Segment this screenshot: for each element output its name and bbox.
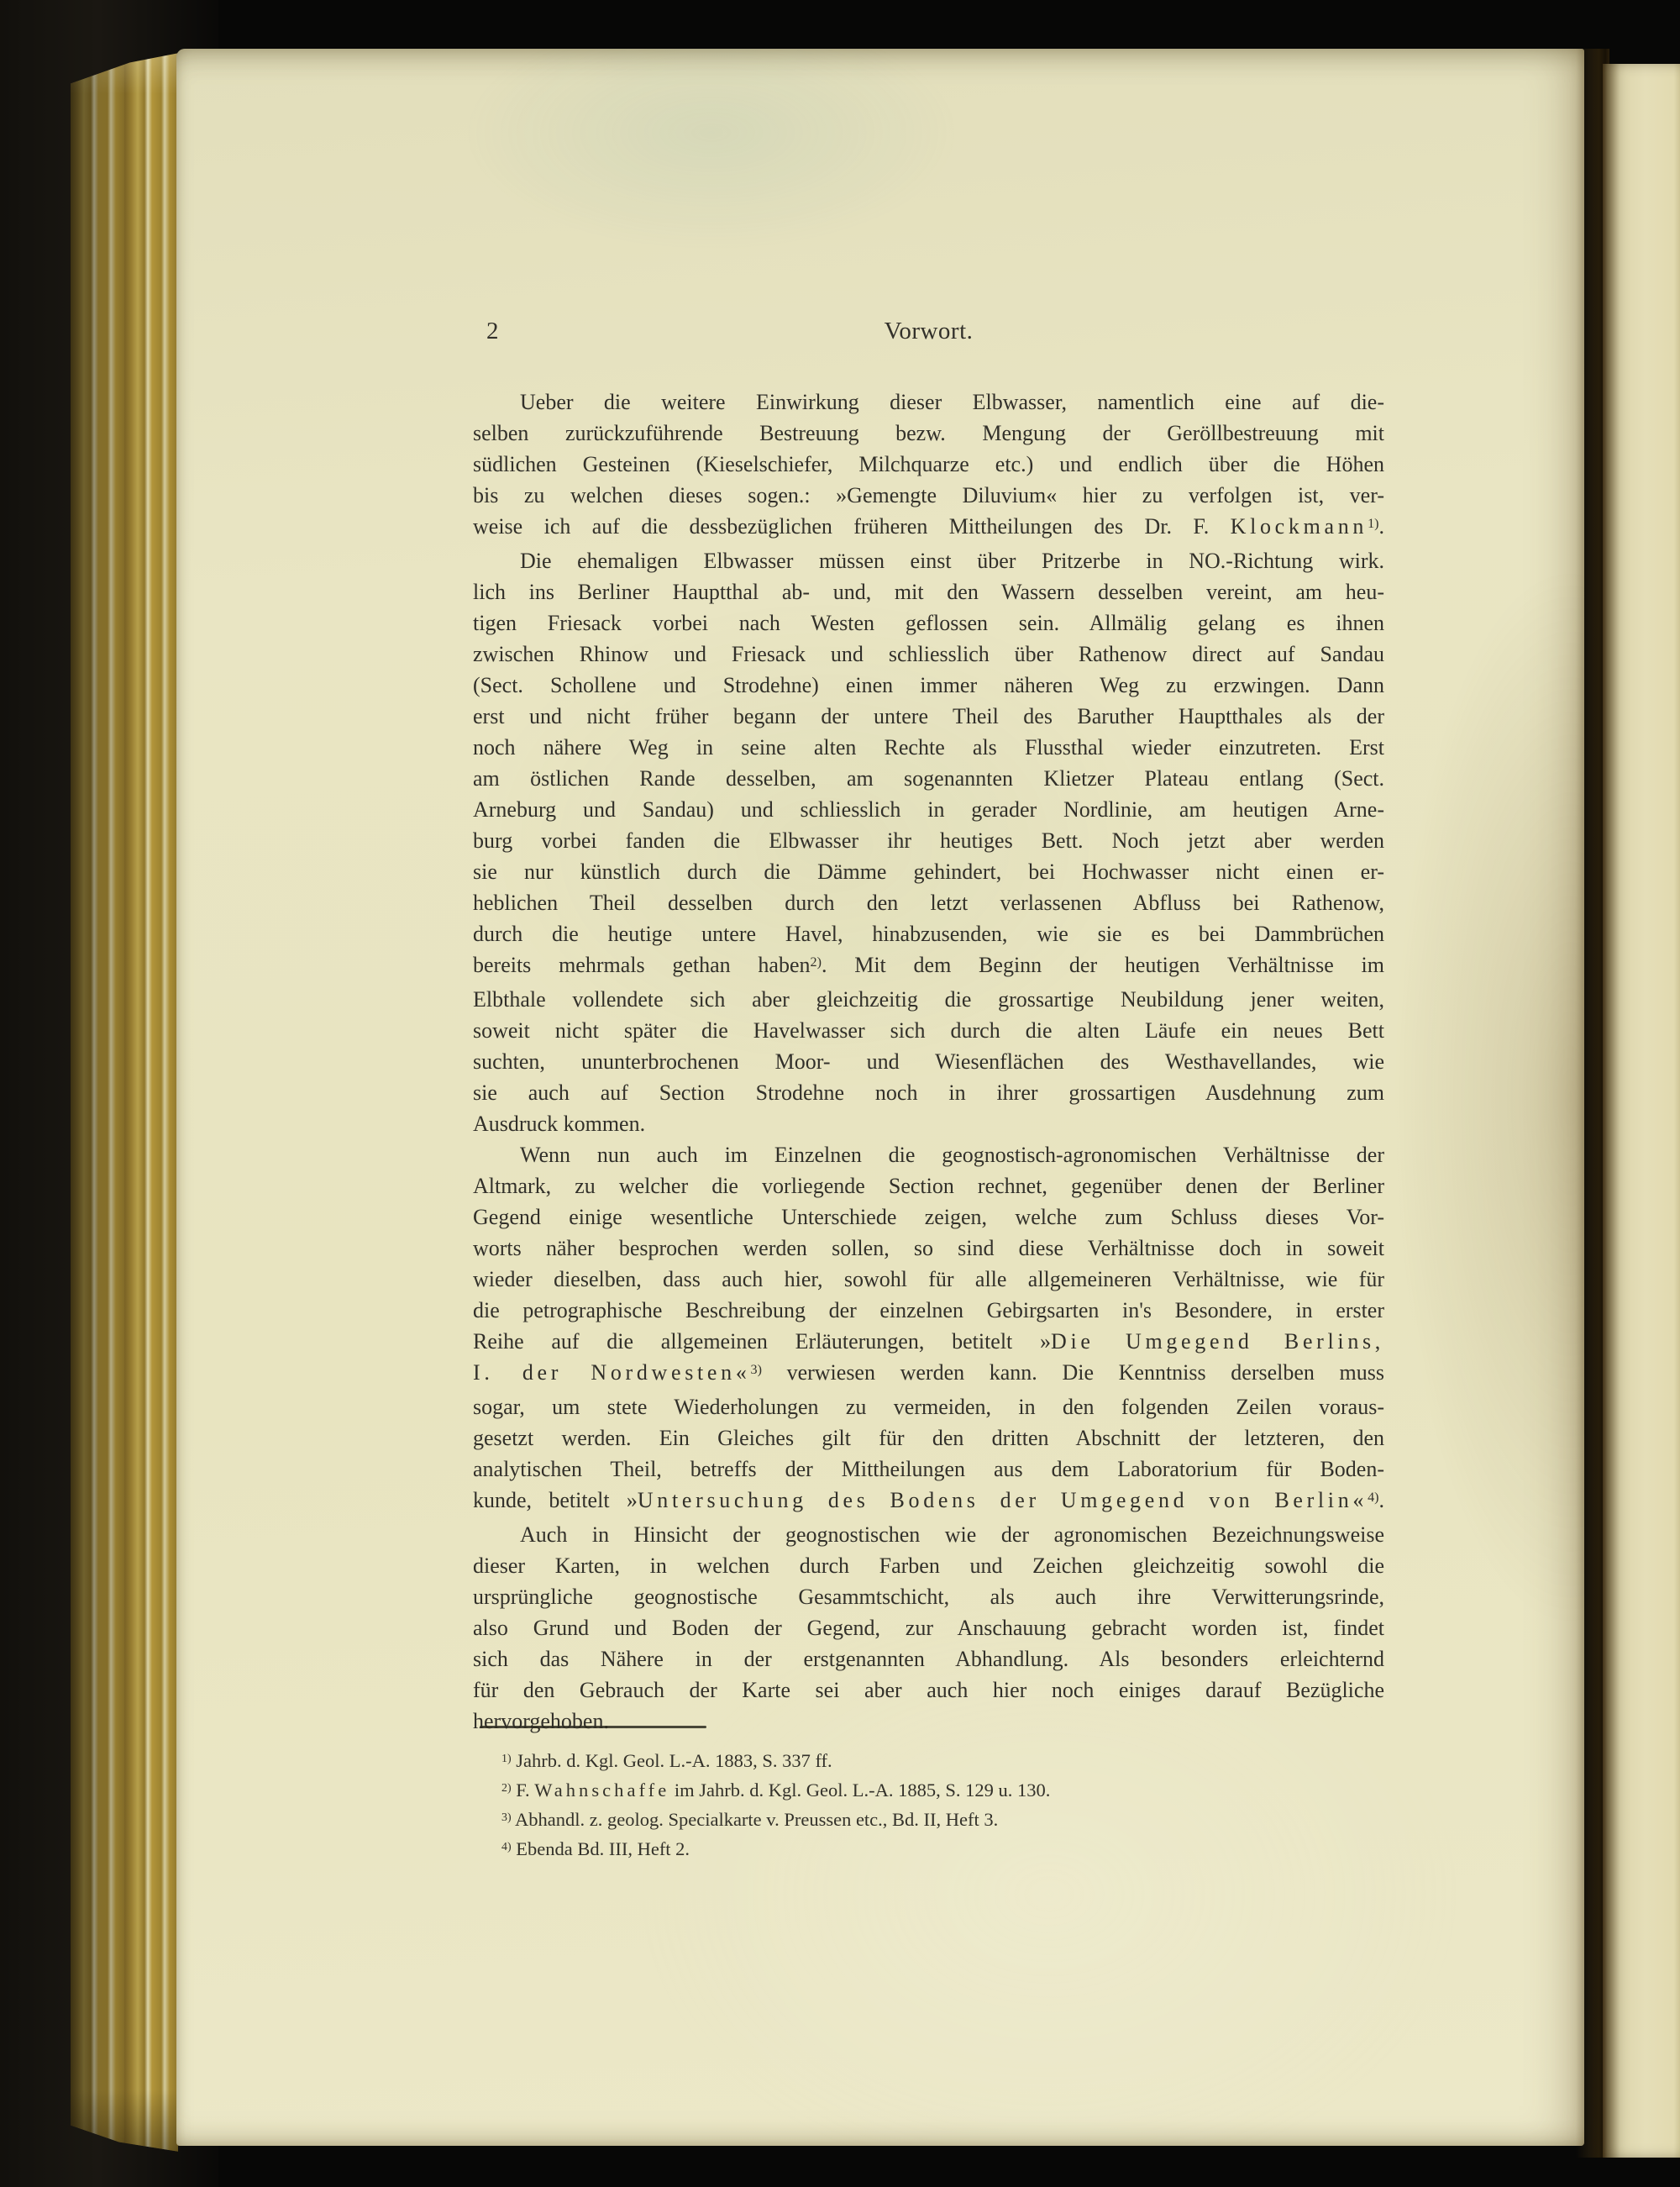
footnote-marker: 2) bbox=[501, 1782, 512, 1795]
footnote-marker: 2) bbox=[811, 955, 822, 970]
footnote-marker: 4) bbox=[1368, 1490, 1378, 1505]
text-line: sie auch auf Section Strodehne noch in i… bbox=[473, 1077, 1384, 1108]
text-line: weise ich auf die dessbezüglichen früher… bbox=[473, 511, 1384, 545]
text-line: am östlichen Rande desselben, am sogenan… bbox=[473, 763, 1384, 794]
text-line: heblichen Theil desselben durch den letz… bbox=[473, 887, 1384, 918]
text-line: Arneburg und Sandau) und schliesslich in… bbox=[473, 794, 1384, 825]
text-line: Altmark, zu welcher die vorliegende Sect… bbox=[473, 1170, 1384, 1201]
text-line: Auch in Hinsicht der geognostischen wie … bbox=[473, 1519, 1384, 1550]
text-line: durch die heutige untere Havel, hinabzus… bbox=[473, 918, 1384, 949]
page-title: Vorwort. bbox=[473, 318, 1384, 345]
text-line: wieder dieselben, dass auch hier, sowohl… bbox=[473, 1264, 1384, 1295]
book-page: 2 Vorwort. Ueber die weitere Einwirkung … bbox=[176, 49, 1584, 2146]
emphasized-text: Die Umgegend Berlins, bbox=[1051, 1329, 1384, 1354]
footnote-marker: 1) bbox=[1368, 517, 1378, 531]
text-line: 4) Ebenda Bd. III, Heft 2. bbox=[473, 1836, 1384, 1865]
footnote-marker: 3) bbox=[501, 1811, 512, 1824]
text-line: Wenn nun auch im Einzelnen die geognosti… bbox=[473, 1139, 1384, 1170]
text-line: lich ins Berliner Hauptthal ab- und, mit… bbox=[473, 576, 1384, 607]
text-line: kunde, betitelt »Untersuchung des Bodens… bbox=[473, 1485, 1384, 1519]
footnote-separator bbox=[480, 1726, 706, 1728]
text-line: bis zu welchen dieses sogen.: »Gemengte … bbox=[473, 480, 1384, 511]
text-line: also Grund und Boden der Gegend, zur Ans… bbox=[473, 1612, 1384, 1643]
text-line: erst und nicht früher begann der untere … bbox=[473, 701, 1384, 732]
text-line: sich das Nähere in der erstgenannten Abh… bbox=[473, 1643, 1384, 1674]
emphasized-text: I. der Nordwesten« bbox=[473, 1360, 751, 1385]
adjacent-page bbox=[1603, 64, 1680, 2158]
text-line: (Sect. Schollene und Strodehne) einen im… bbox=[473, 670, 1384, 701]
text-line: I. der Nordwesten«3) verwiesen werden ka… bbox=[473, 1357, 1384, 1391]
footnote-marker: 1) bbox=[501, 1753, 512, 1765]
text-line: südlichen Gesteinen (Kieselschiefer, Mil… bbox=[473, 449, 1384, 480]
text-line: Die ehemaligen Elbwasser müssen einst üb… bbox=[473, 545, 1384, 576]
emphasized-text: Wahnschaffe bbox=[534, 1780, 669, 1801]
text-line: für den Gebrauch der Karte sei aber auch… bbox=[473, 1674, 1384, 1706]
text-line: die petrographische Beschreibung der ein… bbox=[473, 1295, 1384, 1326]
footnotes: 1) Jahrb. d. Kgl. Geol. L.-A. 1883, S. 3… bbox=[473, 1748, 1384, 1865]
text-line: 1) Jahrb. d. Kgl. Geol. L.-A. 1883, S. 3… bbox=[473, 1748, 1384, 1777]
text-line: hervorgehoben. bbox=[473, 1706, 1384, 1737]
text-line: Ueber die weitere Einwirkung dieser Elbw… bbox=[473, 386, 1384, 418]
text-line: 3) Abhandl. z. geolog. Specialkarte v. P… bbox=[473, 1806, 1384, 1836]
body-text: Ueber die weitere Einwirkung dieser Elbw… bbox=[473, 386, 1384, 1737]
text-line: sie nur künstlich durch die Dämme gehind… bbox=[473, 856, 1384, 887]
emphasized-text: Untersuchung des Bodens der Umgegend von… bbox=[638, 1488, 1368, 1512]
text-line: bereits mehrmals gethan haben2). Mit dem… bbox=[473, 949, 1384, 984]
text-line: Reihe auf die allgemeinen Erläuterungen,… bbox=[473, 1326, 1384, 1357]
text-line: ursprüngliche geognostische Gesammtschic… bbox=[473, 1581, 1384, 1612]
text-line: Elbthale vollendete sich aber gleichzeit… bbox=[473, 984, 1384, 1015]
footnote-marker: 4) bbox=[501, 1841, 512, 1853]
text-line: burg vorbei fanden die Elbwasser ihr heu… bbox=[473, 825, 1384, 856]
book-photo: 2 Vorwort. Ueber die weitere Einwirkung … bbox=[0, 0, 1680, 2187]
emphasized-text: Klockmann bbox=[1231, 514, 1368, 539]
text-line: Gegend einige wesentliche Unterschiede z… bbox=[473, 1201, 1384, 1233]
text-line: analytischen Theil, betreffs der Mitthei… bbox=[473, 1454, 1384, 1485]
text-line: noch nähere Weg in seine alten Rechte al… bbox=[473, 732, 1384, 763]
text-line: sogar, um stete Wiederholungen zu vermei… bbox=[473, 1391, 1384, 1422]
text-line: tigen Friesack vorbei nach Westen geflos… bbox=[473, 607, 1384, 639]
text-line: Ausdruck kommen. bbox=[473, 1108, 1384, 1139]
text-line: gesetzt werden. Ein Gleiches gilt für de… bbox=[473, 1422, 1384, 1454]
text-line: soweit nicht später die Havelwasser sich… bbox=[473, 1015, 1384, 1046]
page-header: 2 Vorwort. bbox=[473, 318, 1384, 355]
footnote-marker: 3) bbox=[751, 1363, 762, 1377]
text-line: dieser Karten, in welchen durch Farben u… bbox=[473, 1550, 1384, 1581]
page-stack-edges bbox=[71, 52, 178, 2153]
text-line: suchten, ununterbrochenen Moor- und Wies… bbox=[473, 1046, 1384, 1077]
text-line: worts näher besprochen werden sollen, so… bbox=[473, 1233, 1384, 1264]
text-line: zwischen Rhinow und Friesack und schlies… bbox=[473, 639, 1384, 670]
text-line: selben zurückzuführende Bestreuung bezw.… bbox=[473, 418, 1384, 449]
text-line: 2) F. Wahnschaffe im Jahrb. d. Kgl. Geol… bbox=[473, 1777, 1384, 1806]
